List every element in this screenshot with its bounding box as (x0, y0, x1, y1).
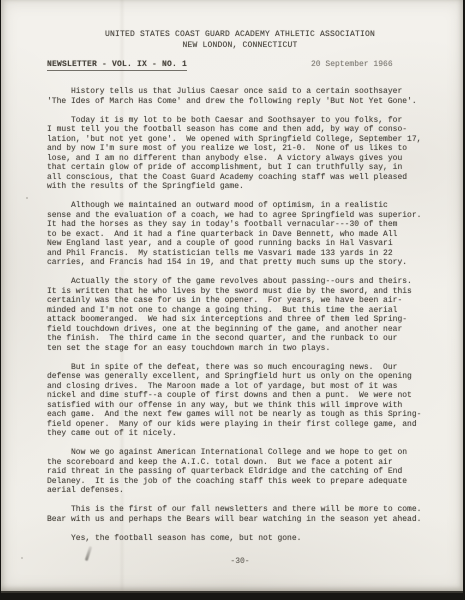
page-content: UNITED STATES COAST GUARD ACADEMY ATHLET… (47, 29, 433, 567)
newsletter-scanned-page: UNITED STATES COAST GUARD ACADEMY ATHLET… (1, 0, 463, 591)
paragraph-first-newsletter: This is the first of our fall newsletter… (47, 505, 433, 524)
newsletter-volume-label: NEWSLETTER - VOL. IX - NO. 1 (47, 60, 187, 71)
paragraph-encouraging-news: But in spite of the defeat, there was so… (47, 363, 433, 439)
paragraph-season-opener: Today it is my lot to be both Caesar and… (47, 116, 433, 192)
paragraph-closing-line: Yes, the football season has come, but n… (47, 534, 433, 544)
org-location: NEW LONDON, CONNECTICUT (47, 40, 433, 51)
page-end-mark: -30- (47, 557, 433, 567)
paragraph-next-opponent: Now we go against American International… (47, 448, 433, 496)
org-name: UNITED STATES COAST GUARD ACADEMY ATHLET… (47, 29, 433, 40)
paragraph-passing-game: Actually the story of the game revolves … (47, 277, 433, 353)
letterhead: UNITED STATES COAST GUARD ACADEMY ATHLET… (47, 29, 433, 51)
issue-date: 20 September 1966 (311, 60, 393, 70)
scan-speck (21, 557, 23, 559)
scan-speck (26, 197, 28, 199)
newsletter-body: History tells us that Julius Caesar once… (47, 87, 433, 543)
paragraph-springfield-superior: Although we maintained an outward mood o… (47, 201, 433, 268)
masthead-row: NEWSLETTER - VOL. IX - NO. 1 20 Septembe… (47, 60, 433, 70)
paragraph-history: History tells us that Julius Caesar once… (47, 87, 433, 106)
